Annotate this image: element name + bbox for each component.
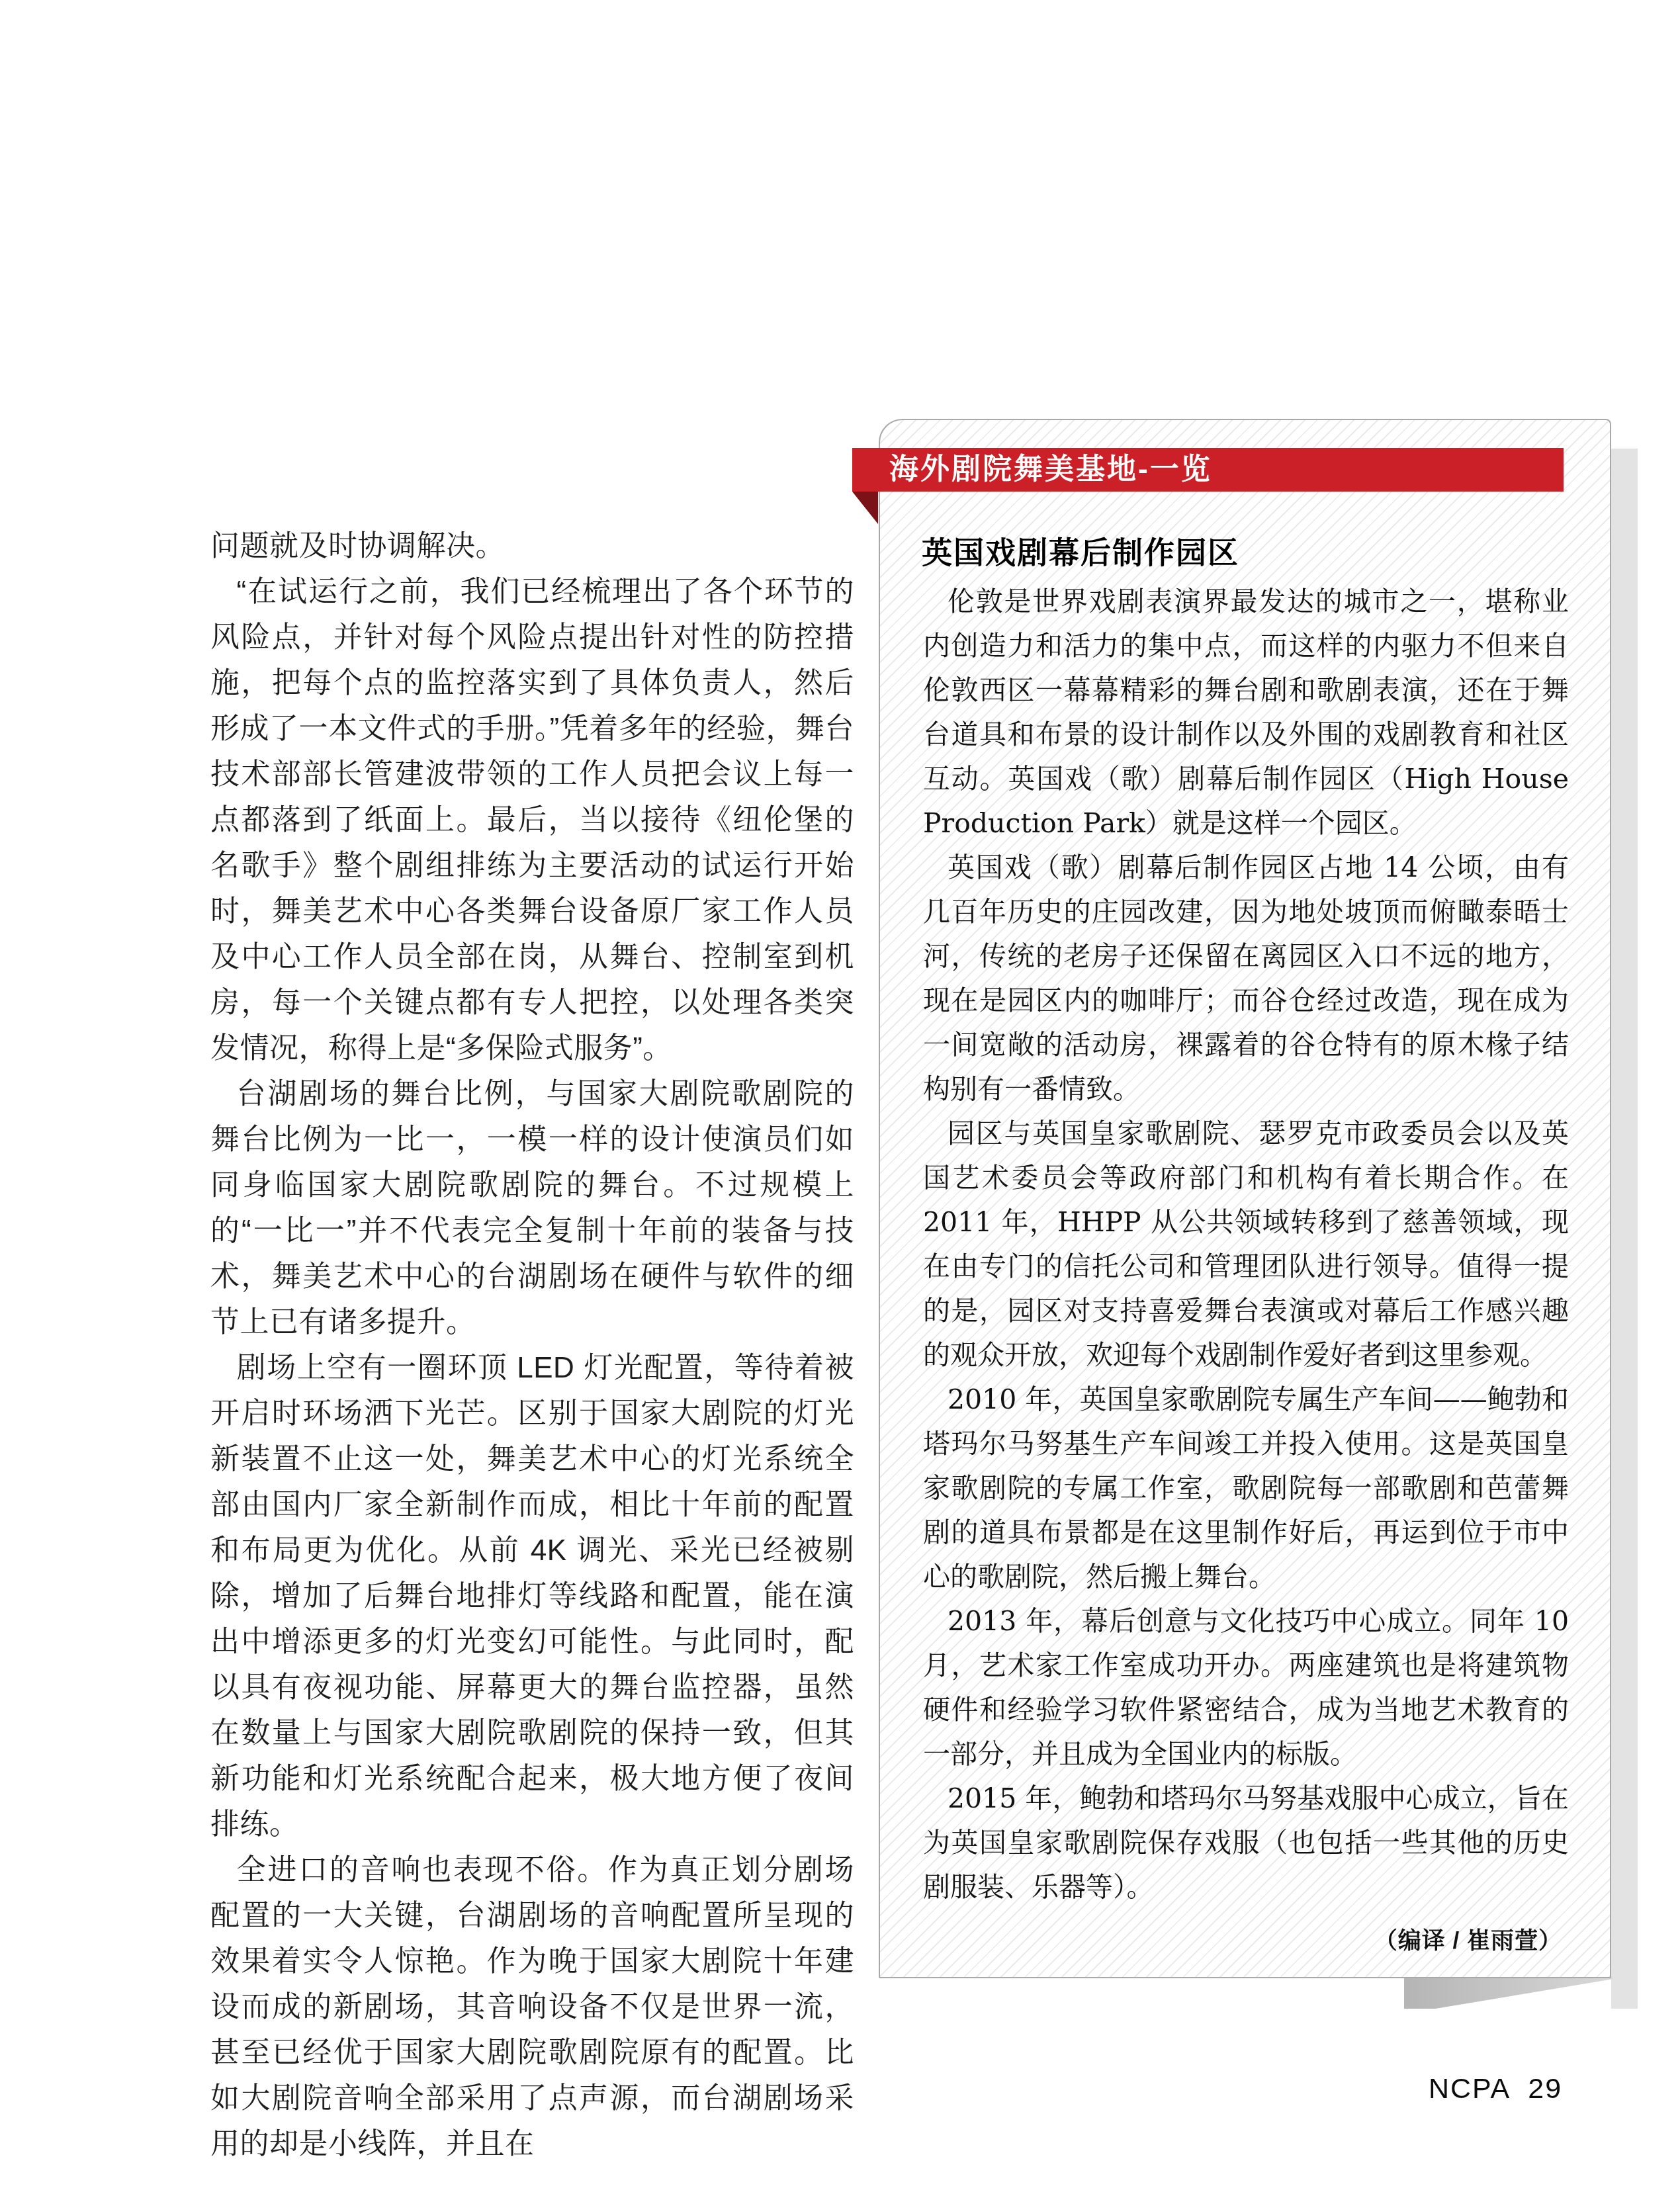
footer-page-number: 29 xyxy=(1528,2073,1562,2105)
sidebar-banner: 海外剧院舞美基地-一览 xyxy=(852,448,1564,492)
sidebar-paragraph: 园区与英国皇家歌剧院、瑟罗克市政委员会以及英国艺术委员会等政府部门和机构有着长期… xyxy=(923,1112,1569,1378)
page-footer: NCPA29 xyxy=(1429,2073,1562,2105)
panel-drop-shadow xyxy=(1611,449,1638,2009)
sidebar-paragraph: 2010 年，英国皇家歌剧院专属生产车间——鲍勃和塔玛尔马努基生产车间竣工并投入… xyxy=(923,1378,1569,1599)
banner-fold-triangle xyxy=(852,492,878,524)
credit-line: （编译 / 崔雨萱） xyxy=(923,1919,1569,1963)
sidebar-paragraph: 2013 年，幕后创意与文化技巧中心成立。同年 10 月，艺术家工作室成功开办。… xyxy=(923,1599,1569,1776)
sidebar-banner-label: 海外剧院舞美基地-一览 xyxy=(889,453,1212,486)
article-paragraph: 台湖剧场的舞台比例，与国家大剧院歌剧院的舞台比例为一比一，一模一样的设计使演员们… xyxy=(210,1071,854,1345)
sidebar-paragraph: 英国戏（歌）剧幕后制作园区占地 14 公顷，由有几百年历史的庄园改建，因为地处坡… xyxy=(923,846,1569,1112)
article-paragraph: 问题就及时协调解决。 xyxy=(210,523,854,569)
article-left-column: 问题就及时协调解决。 “在试运行之前，我们已经梳理出了各个环节的风险点，并针对每… xyxy=(210,523,854,2167)
article-paragraph: “在试运行之前，我们已经梳理出了各个环节的风险点，并针对每个风险点提出针对性的防… xyxy=(210,569,854,1071)
sidebar-paragraph: 2015 年，鲍勃和塔玛尔马努基戏服中心成立，旨在为英国皇家歌剧院保存戏服（也包… xyxy=(923,1776,1569,1909)
sidebar-title: 英国戏剧幕后制作园区 xyxy=(922,529,1239,572)
sidebar-body: 伦敦是世界戏剧表演界最发达的城市之一，堪称业内创造力和活力的集中点，而这样的内驱… xyxy=(923,580,1569,1963)
page-curl-shadow xyxy=(1404,1977,1613,2009)
article-paragraph: 全进口的音响也表现不俗。作为真正划分剧场配置的一大关键，台湖剧场的音响配置所呈现… xyxy=(210,1847,854,2167)
footer-brand: NCPA xyxy=(1429,2073,1511,2105)
sidebar-paragraph: 伦敦是世界戏剧表演界最发达的城市之一，堪称业内创造力和活力的集中点，而这样的内驱… xyxy=(923,580,1569,846)
article-paragraph: 剧场上空有一圈环顶 LED 灯光配置，等待着被开启时环场洒下光芒。区别于国家大剧… xyxy=(210,1345,854,1847)
